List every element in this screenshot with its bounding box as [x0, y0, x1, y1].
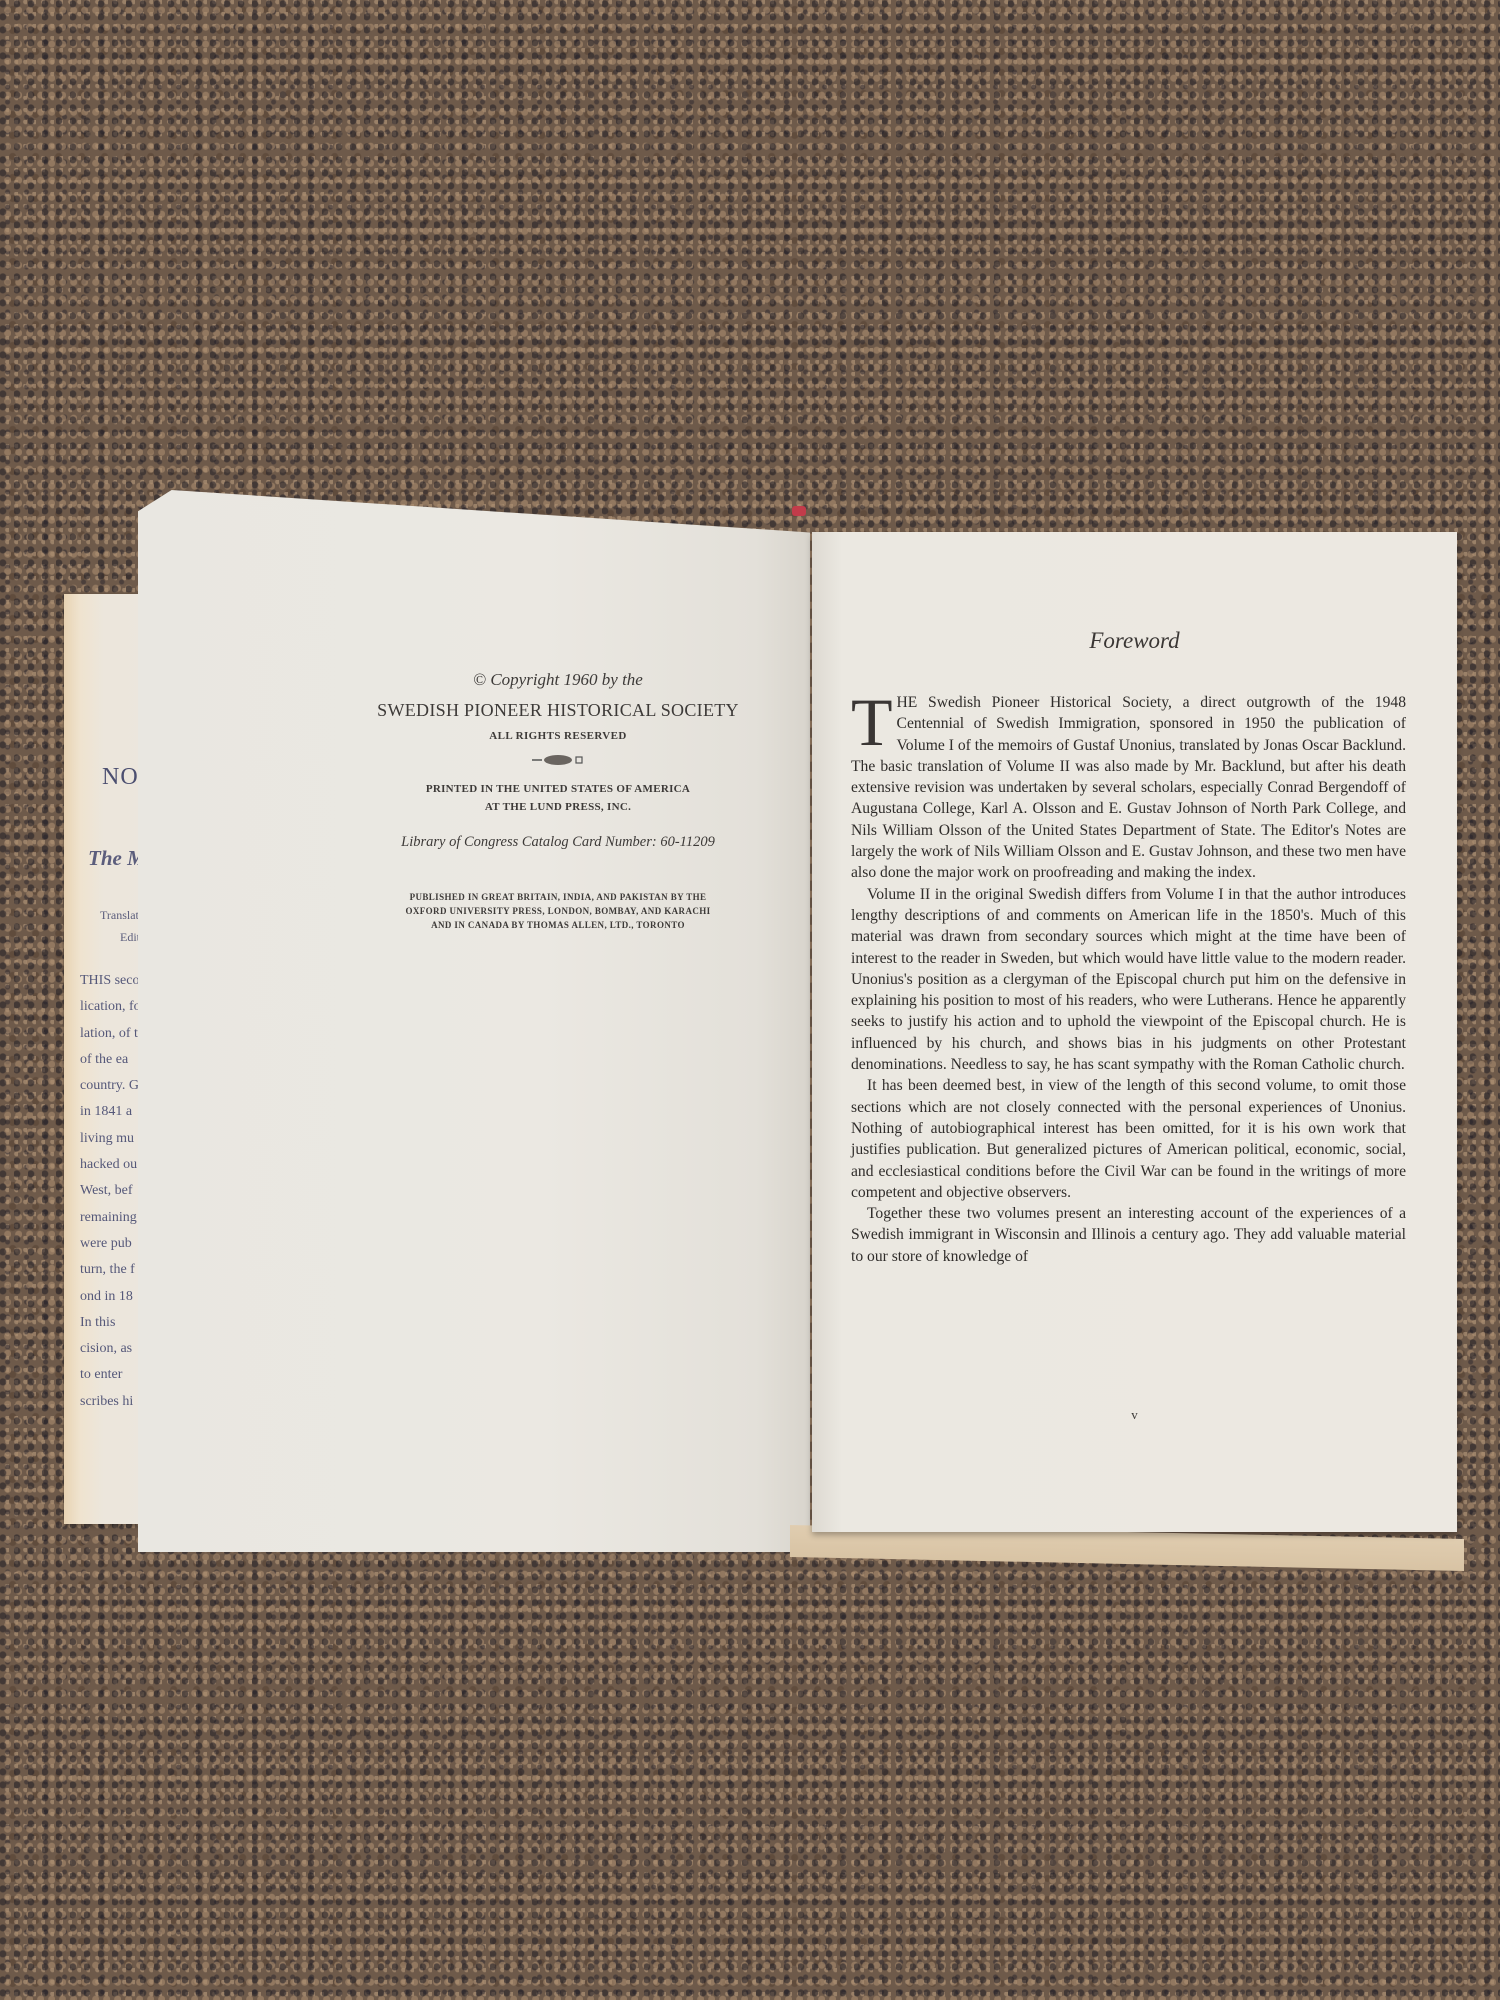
paragraph: Together these two volumes present an in… — [851, 1203, 1406, 1267]
bookmark-ribbon — [792, 506, 806, 516]
published-line-2: OXFORD UNIVERSITY PRESS, LONDON, BOMBAY,… — [338, 904, 778, 918]
paragraph: It has been deemed best, in view of the … — [851, 1075, 1406, 1203]
printed-line-2: AT THE LUND PRESS, INC. — [338, 798, 778, 816]
paragraph: Volume II in the original Swedish differ… — [851, 884, 1406, 1076]
paragraph: THE Swedish Pioneer Historical Society, … — [851, 692, 1406, 884]
copyright-page: © Copyright 1960 by the SWEDISH PIONEER … — [138, 490, 810, 1552]
published-by: PUBLISHED IN GREAT BRITAIN, INDIA, AND P… — [338, 890, 778, 932]
drop-cap: T — [851, 694, 893, 750]
page-number: v — [812, 1407, 1457, 1423]
printed-in: PRINTED IN THE UNITED STATES OF AMERICA … — [338, 780, 778, 816]
copyright-line: © Copyright 1960 by the — [338, 670, 778, 690]
printed-line-1: PRINTED IN THE UNITED STATES OF AMERICA — [338, 780, 778, 798]
ornament-icon — [338, 753, 778, 772]
published-line-1: PUBLISHED IN GREAT BRITAIN, INDIA, AND P… — [338, 890, 778, 904]
foreword-page: Foreword THE Swedish Pioneer Historical … — [812, 532, 1457, 1532]
library-catalog-number: Library of Congress Catalog Card Number:… — [338, 834, 778, 851]
publisher-society: SWEDISH PIONEER HISTORICAL SOCIETY — [338, 700, 778, 721]
foreword-heading: Foreword — [812, 628, 1457, 654]
foreword-body: THE Swedish Pioneer Historical Society, … — [851, 692, 1406, 1267]
published-line-3: AND IN CANADA BY THOMAS ALLEN, LTD., TOR… — [338, 918, 778, 932]
rights-reserved: ALL RIGHTS RESERVED — [338, 730, 778, 742]
